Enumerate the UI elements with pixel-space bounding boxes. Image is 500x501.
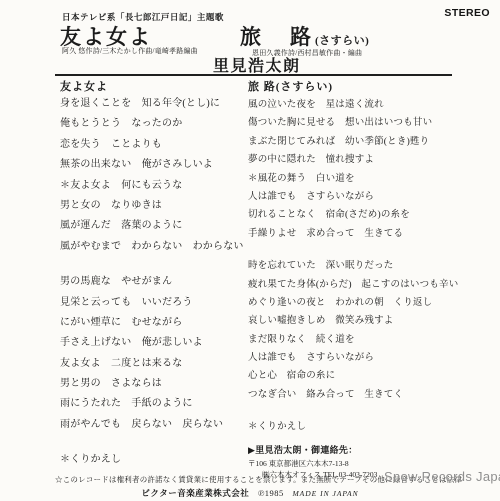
song-a-lyrics-column: 友よ女よ 身を退くことを 知る年令(とし)に 俺もとうとう なったのか 恋を失う… [60,78,255,471]
lyric-line: 人は誰でも さすらいながら [248,349,483,367]
repeat-mark: ＊くりかえし [60,450,255,470]
artist-name: 里見浩太朗 [213,53,301,76]
lyric-line: 見栄と云っても いいだろう [60,293,255,313]
lyric-line: 手さえ上げない 俺が悲しいよ [60,333,255,353]
watermark-snow-records: Snow Records Japan [384,469,500,484]
lyric-line: 無茶の出来ない 俺がさみしいよ [60,155,255,175]
lyric-line: 友よ女よ 二度とは来るな [60,354,255,374]
made-in-label: MADE IN JAPAN [292,489,358,498]
lyric-line-blank [248,243,483,257]
lyric-line: 傷ついた胸に見せる 想い出はいつも甘い [248,114,483,132]
song-b-title-sub: (さすらい) [315,35,369,47]
lyric-line: 時を忘れていた 深い眠りだった [248,257,483,275]
lyric-line: 夢の中に隠れた 憧れ捜すよ [248,151,483,169]
lyric-line: まだ限りなく 続く道を [248,331,483,349]
lyric-line-blank [248,404,483,418]
lyric-line: ＊風花の舞う 白い道を [248,170,483,188]
lyric-line: めぐり逢いの夜と わかれの朝 くり返し [248,294,483,312]
lyric-line: にがい煙草に むせながら [60,313,255,333]
lyric-sheet: STEREO 日本テレビ系「長七郎江戸日記」主題歌 友よ女よ 阿久 悠作詩/三木… [0,0,500,501]
repeat-mark: ＊くりかえし [248,418,483,436]
lyric-line: 手繰りよせ 求め合って 生きてる [248,225,483,243]
song-a-column-title: 友よ女よ [60,78,255,94]
lyric-line: 男の馬鹿な やせがまん [60,272,255,292]
lyric-line: 男と男の さよならは [60,374,255,394]
song-b-title: 旅 路(さすらい) [240,21,369,51]
song-b-column-title: 旅 路(さすらい) [248,78,483,96]
lyric-line: まぶた閉じてみれば 幼い季節(とき)甦り [248,133,483,151]
publisher-name: ビクター音楽産業株式会社 [141,488,249,498]
lyric-line: 風の泣いた夜を 星は遠く流れ [248,96,483,114]
lyric-line: 恋を失う ことよりも [60,135,255,155]
copyright-year: ℗1985 [258,488,284,498]
header-divider [55,74,452,76]
lyric-line-blank [60,257,255,272]
lyric-line: 俺もとうとう なったのか [60,114,255,134]
contact-heading: ▶里見浩太朗・御連絡先： [248,443,377,456]
song-b-lyrics-column: 旅 路(さすらい) 風の泣いた夜を 星は遠く流れ 傷ついた胸に見せる 想い出はい… [248,78,483,437]
lyric-line: 風がやむまで わからない わからない [60,237,255,257]
lyric-line: ＊友よ女よ 何にも云うな [60,176,255,196]
lyric-line: 心と心 宿命の糸に [248,367,483,385]
song-b-title-main: 旅 路 [240,25,315,49]
lyric-line: 風が運んだ 落葉のように [60,216,255,236]
lyric-line: 雨がやんでも 戻らない 戻らない [60,415,255,435]
song-a-credit: 阿久 悠作詩/三木たかし作曲/竜崎孝路編曲 [62,46,198,56]
lyric-line: つなぎ合い 絡み合って 生きてく [248,386,483,404]
stereo-label: STEREO [444,7,490,19]
lyric-line: 哀しい嘘抱きしめ 微笑み残すよ [248,312,483,330]
contact-address-line: 〒106 東京都港区六本木7-13-8 [248,458,377,469]
lyric-line: 身を退くことを 知る年令(とし)に [60,94,255,114]
lyric-line: 疲れ果てた身体(からだ) 起こすのはいつも辛い [248,276,483,294]
publisher-line: ビクター音楽産業株式会社 ℗1985 MADE IN JAPAN [0,487,500,499]
lyric-line: 男と女の なりゆきは [60,196,255,216]
lyric-line: 人は誰でも さすらいながら [248,188,483,206]
lyric-line: 雨にうたれた 手紙のように [60,394,255,414]
lyric-line-blank [60,435,255,450]
lyric-line: 切れることなく 宿命(さだめ)の糸を [248,206,483,224]
